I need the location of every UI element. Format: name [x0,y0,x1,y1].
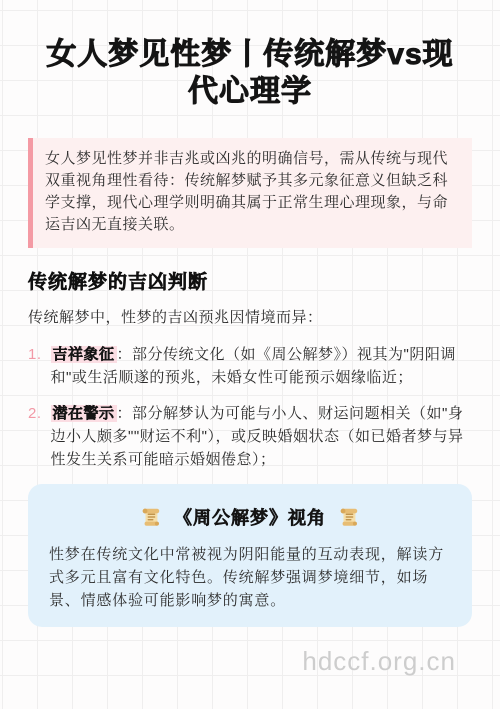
list-item-number: 1. [28,343,42,389]
zhougong-callout: 《周公解梦》视角 性梦在传统文化中常被视为阴阳能量的互动表现，解读方式多元且富有… [28,484,472,627]
list-item-content: 潜在警示：部分解梦认为可能与小人、财运问题相关（如"身边小人颇多""财运不利"）… [51,402,472,471]
callout-title: 《周公解梦》视角 [174,504,326,530]
list-item: 2. 潜在警示：部分解梦认为可能与小人、财运问题相关（如"身边小人颇多""财运不… [28,402,472,471]
list-item: 1. 吉祥象征：部分传统文化（如《周公解梦》）视其为"阴阳调和"或生活顺遂的预兆… [28,343,472,389]
page-title-line1: 女人梦见性梦丨传统解梦vs现 [20,36,480,73]
section-heading: 传统解梦的吉凶判断 [28,267,472,294]
page-title: 女人梦见性梦丨传统解梦vs现 代心理学 [20,36,480,110]
list-item-number: 2. [28,402,42,471]
intro-text: 女人梦见性梦并非吉兆或凶兆的明确信号，需从传统与现代双重视角理性看待：传统解梦赋… [45,150,448,233]
watermark: hdccf.org.cn [302,646,456,677]
callout-title-row: 《周公解梦》视角 [49,504,451,530]
scroll-icon [338,506,360,528]
section-lead: 传统解梦中，性梦的吉凶预兆因情境而异： [28,307,472,329]
list-item-term: 潜在警示 [51,405,117,422]
callout-body: 性梦在传统文化中常被视为阴阳能量的互动表现，解读方式多元且富有文化特色。传统解梦… [49,543,451,612]
list-item-term: 吉祥象征 [51,346,117,363]
interpretation-list: 1. 吉祥象征：部分传统文化（如《周公解梦》）视其为"阴阳调和"或生活顺遂的预兆… [28,343,472,471]
article-page: 女人梦见性梦丨传统解梦vs现 代心理学 女人梦见性梦并非吉兆或凶兆的明确信号，需… [0,0,500,709]
list-item-content: 吉祥象征：部分传统文化（如《周公解梦》）视其为"阴阳调和"或生活顺遂的预兆，未婚… [51,343,472,389]
page-title-line2: 代心理学 [20,73,480,110]
intro-callout: 女人梦见性梦并非吉兆或凶兆的明确信号，需从传统与现代双重视角理性看待：传统解梦赋… [28,138,472,248]
scroll-icon [140,506,162,528]
